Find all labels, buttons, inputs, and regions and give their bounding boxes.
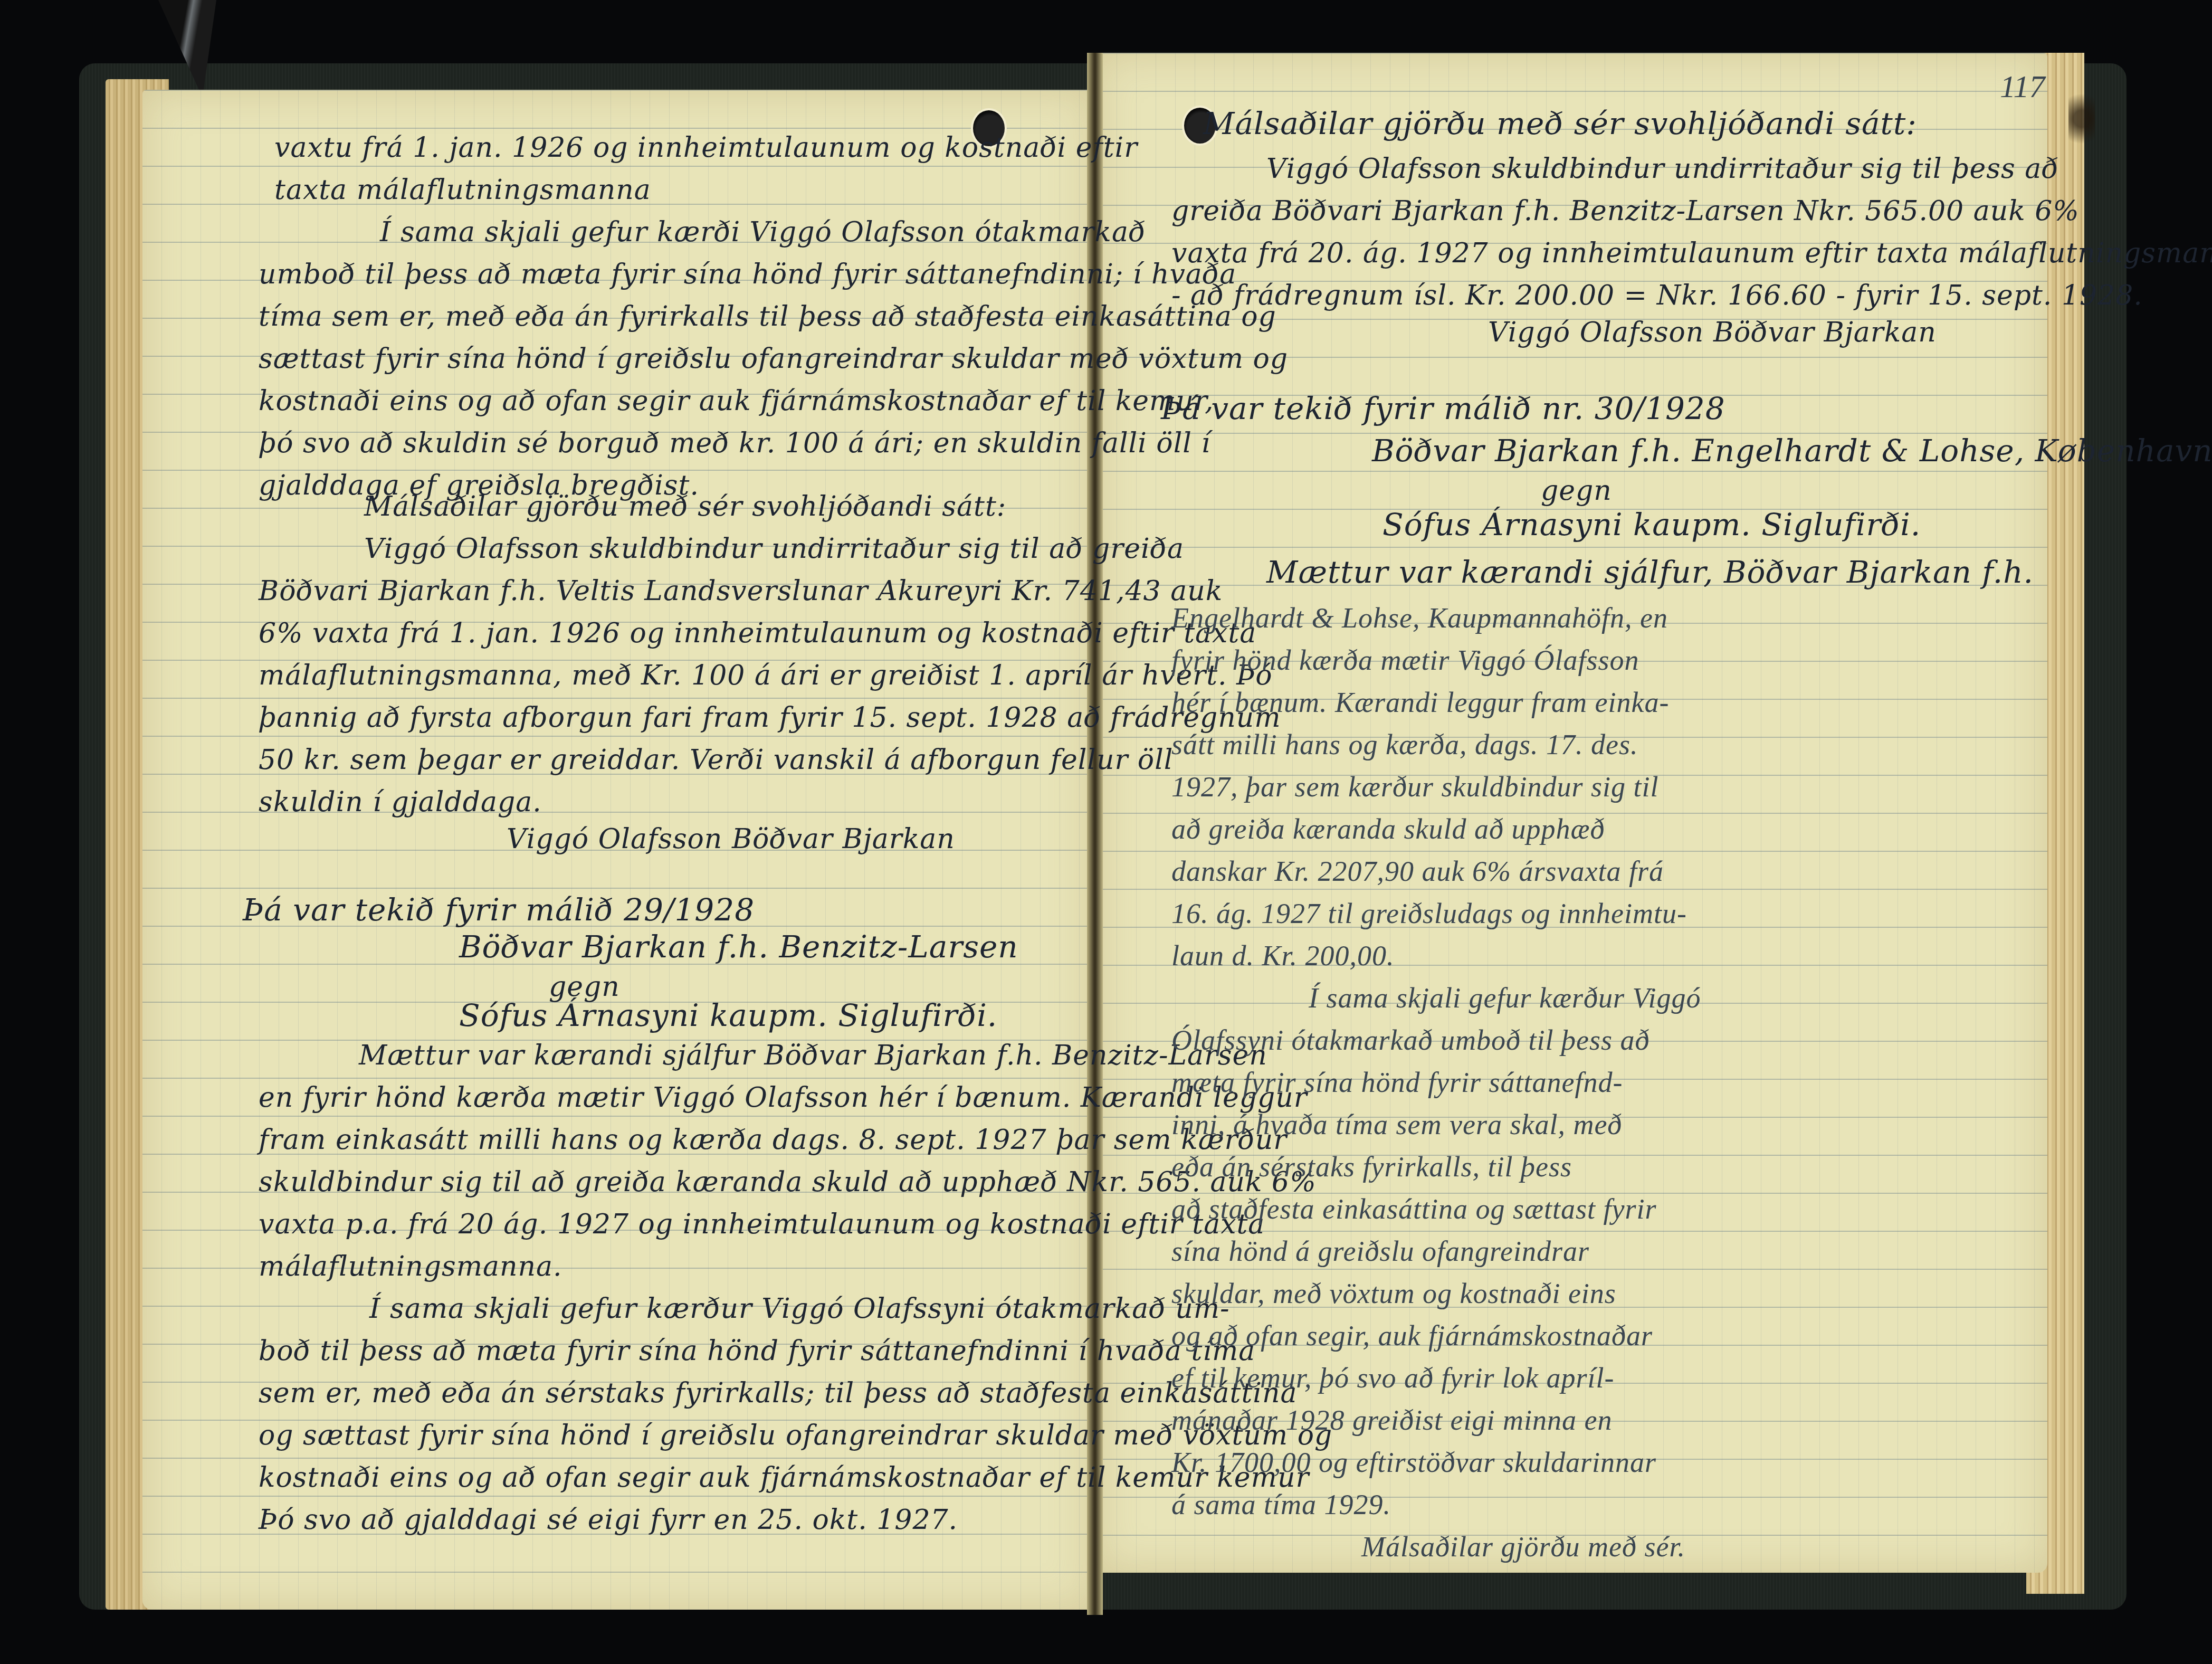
left-line: Málsaðilar gjörðu með sér svohljóðandi s… (364, 491, 1006, 522)
right-line: og að ofan segir, auk fjárnámskostnaðar (1171, 1319, 1653, 1352)
right-line: eða án sérstaks fyrirkalls, til þess (1171, 1150, 1572, 1183)
left-case-heading: Þá var tekið fyrir málið 29/1928 (243, 892, 755, 928)
left-line: Mættur var kærandi sjálfur Böðvar Bjarka… (359, 1040, 1267, 1071)
left-line: kostnaði eins og að ofan segir auk fjárn… (259, 1462, 1309, 1494)
right-line: fyrir hönd kærða mætir Viggó Ólafsson (1171, 644, 1639, 677)
right-line: að staðfesta einkasáttina og sættast fyr… (1171, 1193, 1657, 1225)
right-line: að greiða kæranda skuld að upphæð (1171, 813, 1605, 845)
right-line: Ólafssyni ótakmarkað umboð til þess að (1171, 1024, 1650, 1057)
right-line: Í sama skjali gefur kærður Viggó (1309, 982, 1701, 1014)
left-line: Í sama skjali gefur kærður Viggó Olafssy… (369, 1293, 1230, 1325)
right-line: sátt milli hans og kærða, dags. 17. des. (1171, 728, 1638, 761)
left-line: 50 kr. sem þegar er greiddar. Verði vans… (259, 744, 1173, 776)
left-line: málaflutningsmanna, með Kr. 100 á ári er… (259, 660, 1273, 691)
right-line: ef til kemur, þó svo að fyrir lok apríl- (1171, 1362, 1614, 1394)
left-line: tíma sem er, með eða án fyrirkalls til þ… (259, 301, 1276, 332)
right-line: 16. ág. 1927 til greiðsludags og innheim… (1171, 897, 1687, 930)
right-line: Viggó Olafsson skuldbindur undirritaður … (1266, 153, 2058, 185)
right-line: Málsaðilar gjörðu með sér. (1361, 1530, 1685, 1563)
page-number: 117 (2000, 69, 2045, 105)
right-line: - að frádregnum ísl. Kr. 200.00 = Nkr. 1… (1171, 280, 2143, 311)
left-line: 6% vaxta frá 1. jan. 1926 og innheimtula… (259, 617, 1256, 649)
right-line: Mættur var kærandi sjálfur, Böðvar Bjark… (1266, 554, 2034, 590)
left-line: Viggó Olafsson skuldbindur undirritaður … (364, 533, 1184, 565)
right-defendant: Sófus Árnasyni kaupm. Siglufirði. (1382, 507, 1921, 543)
left-line: en fyrir hönd kærða mætir Viggó Olafsson… (259, 1082, 1308, 1114)
right-line: skuldar, með vöxtum og kostnaði eins (1171, 1277, 1616, 1310)
left-line: umboð til þess að mæta fyrir sína hönd f… (259, 259, 1236, 290)
right-line: Málsaðilar gjörðu með sér svohljóðandi s… (1203, 106, 1917, 141)
left-defendant: Sófus Árnasyni kaupm. Siglufirði. (459, 997, 997, 1033)
left-line: Þó svo að gjalddagi sé eigi fyrr en 25. … (259, 1504, 958, 1536)
right-line: 1927, þar sem kærður skuldbindur sig til (1171, 771, 1659, 803)
right-plaintiff: Böðvar Bjarkan f.h. Engelhardt & Lohse, … (1372, 433, 2212, 469)
right-line: mæta fyrir sína hönd fyrir sáttanefnd- (1171, 1066, 1623, 1099)
right-case-heading: Þá var tekið fyrir málið nr. 30/1928 (1161, 391, 1725, 426)
left-line: Í sama skjali gefur kærði Viggó Olafsson… (380, 216, 1146, 248)
left-line: sem er, með eða án sérstaks fyrirkalls; … (259, 1377, 1297, 1409)
right-line: mánaðar 1928 greiðist eigi minna en (1171, 1404, 1612, 1437)
right-signatures: Viggó Olafsson Böðvar Bjarkan (1488, 317, 1937, 348)
right-line: danskar Kr. 2207,90 auk 6% ársvaxta frá (1171, 855, 1664, 888)
left-line: taxta málaflutningsmanna (274, 174, 651, 206)
left-line: Böðvari Bjarkan f.h. Veltis Landsverslun… (259, 575, 1223, 607)
left-line: þannig að fyrsta afborgun fari fram fyri… (259, 702, 1281, 734)
left-line: þó svo að skuldin sé borguð með kr. 100 … (259, 427, 1210, 459)
left-line: vaxta p.a. frá 20 ág. 1927 og innheimtul… (259, 1209, 1265, 1240)
left-signatures: Viggó Olafsson Böðvar Bjarkan (507, 823, 955, 855)
right-line: inni, á hvaða tíma sem vera skal, með (1171, 1108, 1622, 1141)
left-line: vaxtu frá 1. jan. 1926 og innheimtulaunu… (274, 132, 1138, 164)
left-line: skuldbindur sig til að greiða kæranda sk… (259, 1166, 1317, 1198)
right-line: Engelhardt & Lohse, Kaupmannahöfn, en (1171, 602, 1668, 634)
right-line: hér í bænum. Kærandi leggur fram einka- (1171, 686, 1669, 719)
ink-stain (2068, 79, 2095, 158)
left-line: fram einkasátt milli hans og kærða dags.… (259, 1124, 1287, 1156)
right-line: Kr. 1700,00 og eftirstöðvar skuldarinnar (1171, 1446, 1656, 1479)
right-versus: gegn (1541, 475, 1612, 507)
left-line: málaflutningsmanna. (259, 1251, 562, 1282)
right-line: sína hönd á greiðslu ofangreindrar (1171, 1235, 1589, 1268)
right-line: á sama tíma 1929. (1171, 1488, 1391, 1521)
left-plaintiff: Böðvar Bjarkan f.h. Benzitz-Larsen (459, 929, 1018, 965)
right-line: vaxta frá 20. ág. 1927 og innheimtulaunu… (1171, 237, 2212, 269)
left-line: boð til þess að mæta fyrir sína hönd fyr… (259, 1335, 1255, 1367)
left-line: sættast fyrir sína hönd í greiðslu ofang… (259, 343, 1288, 375)
left-line: skuldin í gjalddaga. (259, 786, 542, 818)
left-line: kostnaði eins og að ofan segir auk fjárn… (259, 385, 1214, 417)
right-line: greiða Böðvari Bjarkan f.h. Benzitz-Lars… (1171, 195, 2080, 227)
right-line: laun d. Kr. 200,00. (1171, 939, 1395, 972)
